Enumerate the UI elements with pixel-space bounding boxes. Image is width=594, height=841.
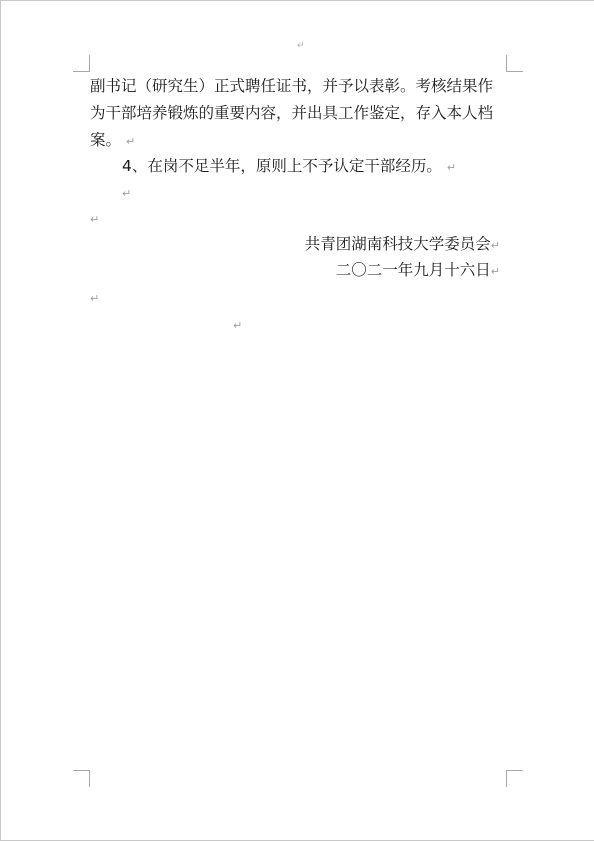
- item-4-line[interactable]: 4、在岗不足半年，原则上不予认定干部经历。 ↵: [122, 156, 456, 178]
- empty-paragraph[interactable]: ↵: [90, 287, 99, 309]
- signature-organization[interactable]: 共青团湖南科技大学委员会↵: [305, 234, 500, 256]
- crop-mark-top-left: [73, 55, 90, 72]
- signature-date[interactable]: 二〇二一年九月十六日↵: [336, 260, 500, 282]
- document-page: ↵ 副书记（研究生）正式聘任证书，并予以表彰。考核结果作 为干部培养锻炼的重要内…: [0, 0, 594, 841]
- paragraph-mark: ↵: [90, 213, 99, 226]
- paragraph-mark: ↵: [491, 265, 500, 278]
- empty-paragraph[interactable]: ↵: [90, 208, 99, 230]
- paragraph-mark: ↵: [90, 292, 99, 305]
- crop-mark-bottom-left: [73, 770, 90, 787]
- paragraph-mark: ↵: [122, 187, 131, 200]
- empty-paragraph[interactable]: ↵: [233, 314, 242, 336]
- body-line-1[interactable]: 副书记（研究生）正式聘任证书，并予以表彰。考核结果作: [90, 76, 493, 96]
- paragraph-mark: ↵: [491, 239, 500, 252]
- paragraph-mark: ↵: [126, 135, 135, 148]
- header-paragraph-mark: ↵: [297, 41, 305, 51]
- empty-paragraph[interactable]: ↵: [122, 182, 131, 204]
- body-line-3[interactable]: 案。 ↵: [90, 130, 135, 152]
- paragraph-mark: ↵: [447, 161, 456, 174]
- crop-mark-top-right: [506, 55, 523, 72]
- crop-mark-bottom-right: [506, 770, 523, 787]
- body-line-2[interactable]: 为干部培养锻炼的重要内容，并出具工作鉴定，存入本人档: [90, 103, 493, 123]
- paragraph-mark: ↵: [233, 319, 242, 332]
